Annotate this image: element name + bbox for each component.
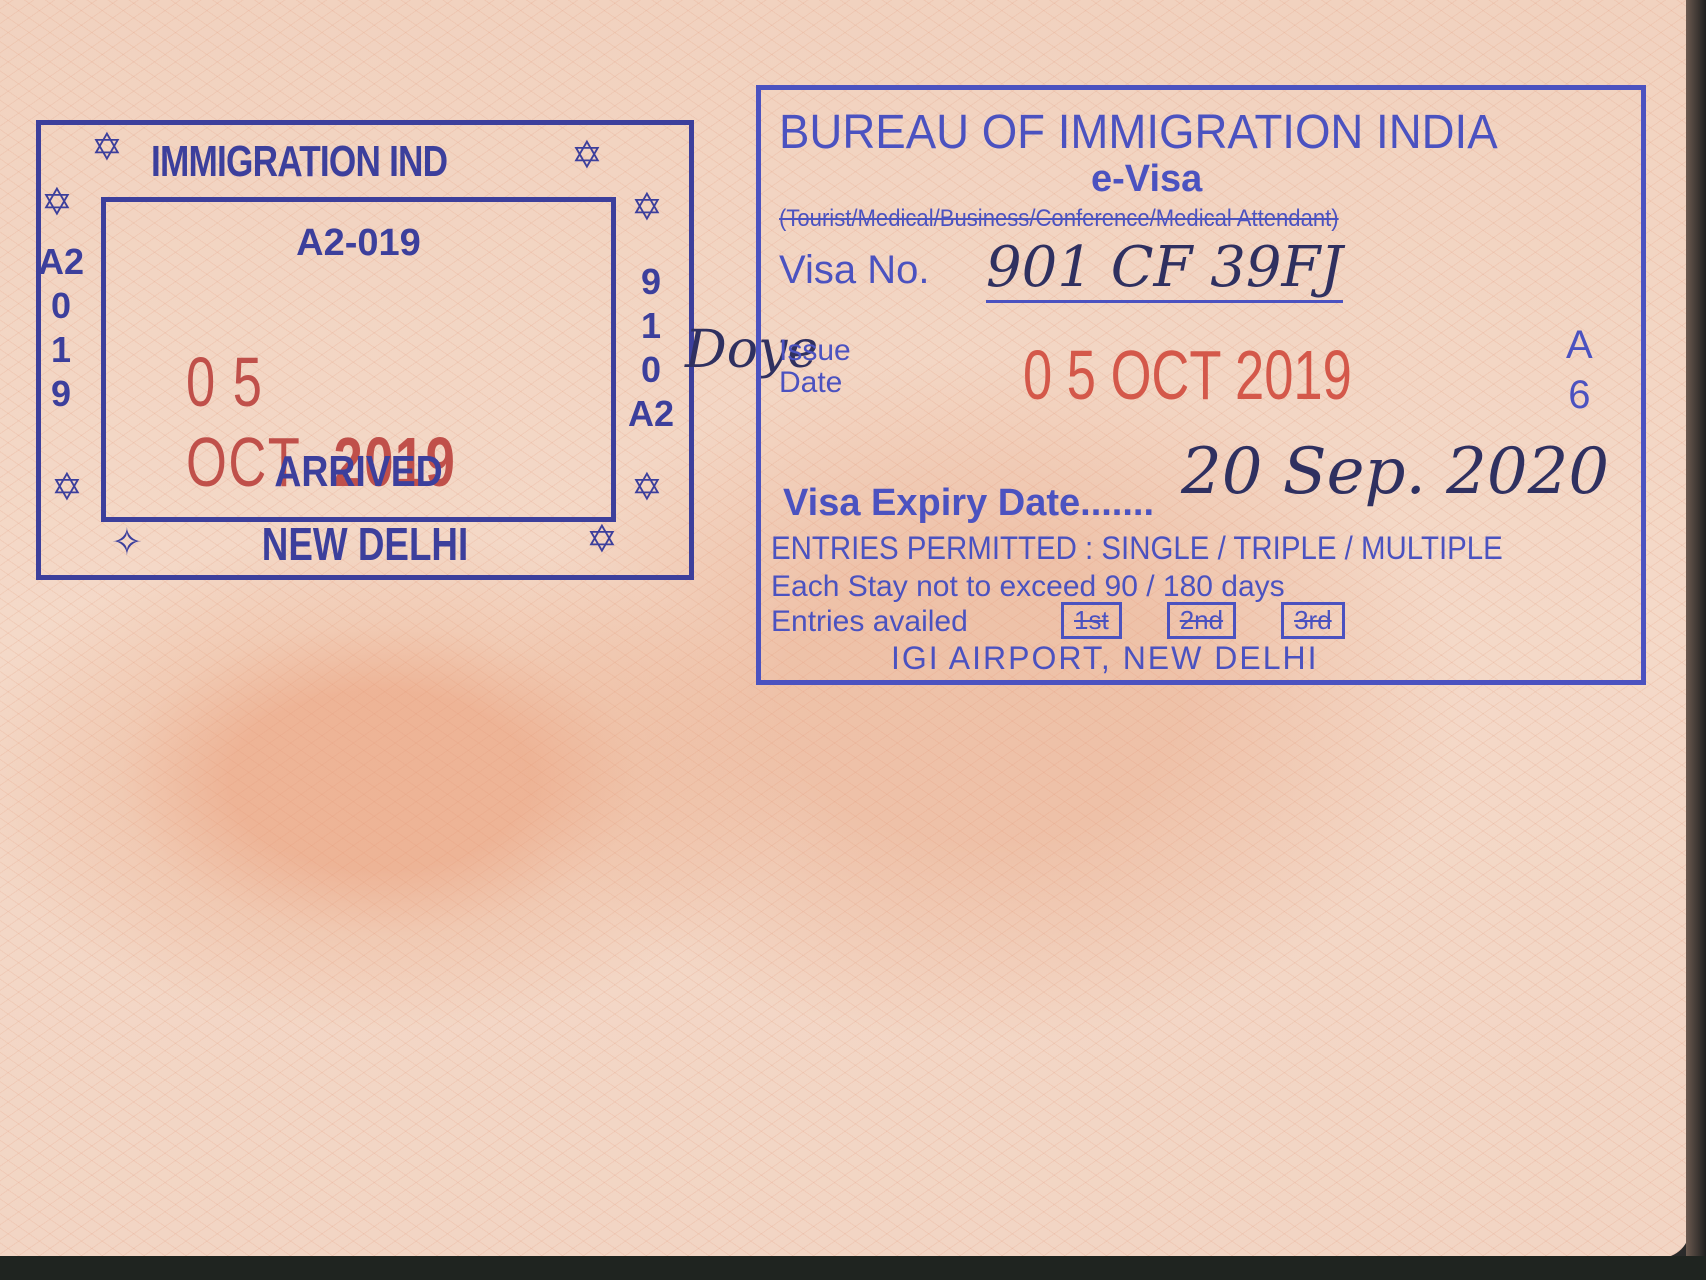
side-code: A6 [1566, 320, 1593, 420]
port: IGI AIRPORT, NEW DELHI [891, 640, 1318, 677]
star-icon: ✡ [631, 185, 663, 230]
visa-no-label: Visa No. [779, 248, 929, 293]
arrival-status: ARRIVED [144, 447, 573, 497]
arrival-stamp: ✡ IMMIGRATION IND ✡ ✡ A2019 ✡ ✡ 910A2 ✡ … [36, 120, 694, 580]
page-edge [1686, 0, 1706, 1280]
vertical-code-right: 910A2 [626, 260, 676, 436]
background-surface [0, 1256, 1706, 1280]
issue-date-label: IssueDate [779, 335, 851, 399]
stamp-title: IMMIGRATION IND [151, 137, 447, 187]
entries-availed-label: Entries availed [771, 605, 968, 639]
entries-availed: 1st2nd3rd [1061, 602, 1390, 639]
visa-type: e-Visa [1091, 158, 1202, 201]
expiry-label: Visa Expiry Date....... [783, 482, 1154, 525]
expiry-date: 20 Sep. 2020 [1181, 435, 1609, 509]
star-icon: ✡ [51, 465, 83, 510]
entries-permitted: ENTRIES PERMITTED : SINGLE / TRIPLE / MU… [771, 530, 1503, 567]
visa-number: 901 CF 39FJ [986, 235, 1343, 303]
passport-page: ✡ IMMIGRATION IND ✡ ✡ A2019 ✡ ✡ 910A2 ✡ … [0, 0, 1690, 1258]
stamp-code: A2-019 [106, 222, 611, 265]
stay-limit: Each Stay not to exceed 90 / 180 days [771, 570, 1285, 604]
vertical-code-left: A2019 [36, 240, 86, 416]
star-icon: ✡ [586, 517, 618, 562]
arrival-city: NEW DELHI [106, 517, 624, 571]
star-icon: ✡ [571, 133, 603, 178]
star-icon: ✡ [41, 180, 73, 225]
issue-date: 0 5 OCT 2019 [1023, 335, 1352, 415]
visa-categories: (Tourist/Medical/Business/Conference/Med… [779, 205, 1339, 233]
star-icon: ✡ [91, 125, 123, 170]
evisa-stamp: BUREAU OF IMMIGRATION INDIA e-Visa (Tour… [756, 85, 1646, 685]
stamp-inner-frame: A2-019 0 5 OCT 2019 ARRIVED [101, 197, 616, 522]
star-icon: ✡ [631, 465, 663, 510]
authority: BUREAU OF IMMIGRATION INDIA [779, 105, 1498, 160]
